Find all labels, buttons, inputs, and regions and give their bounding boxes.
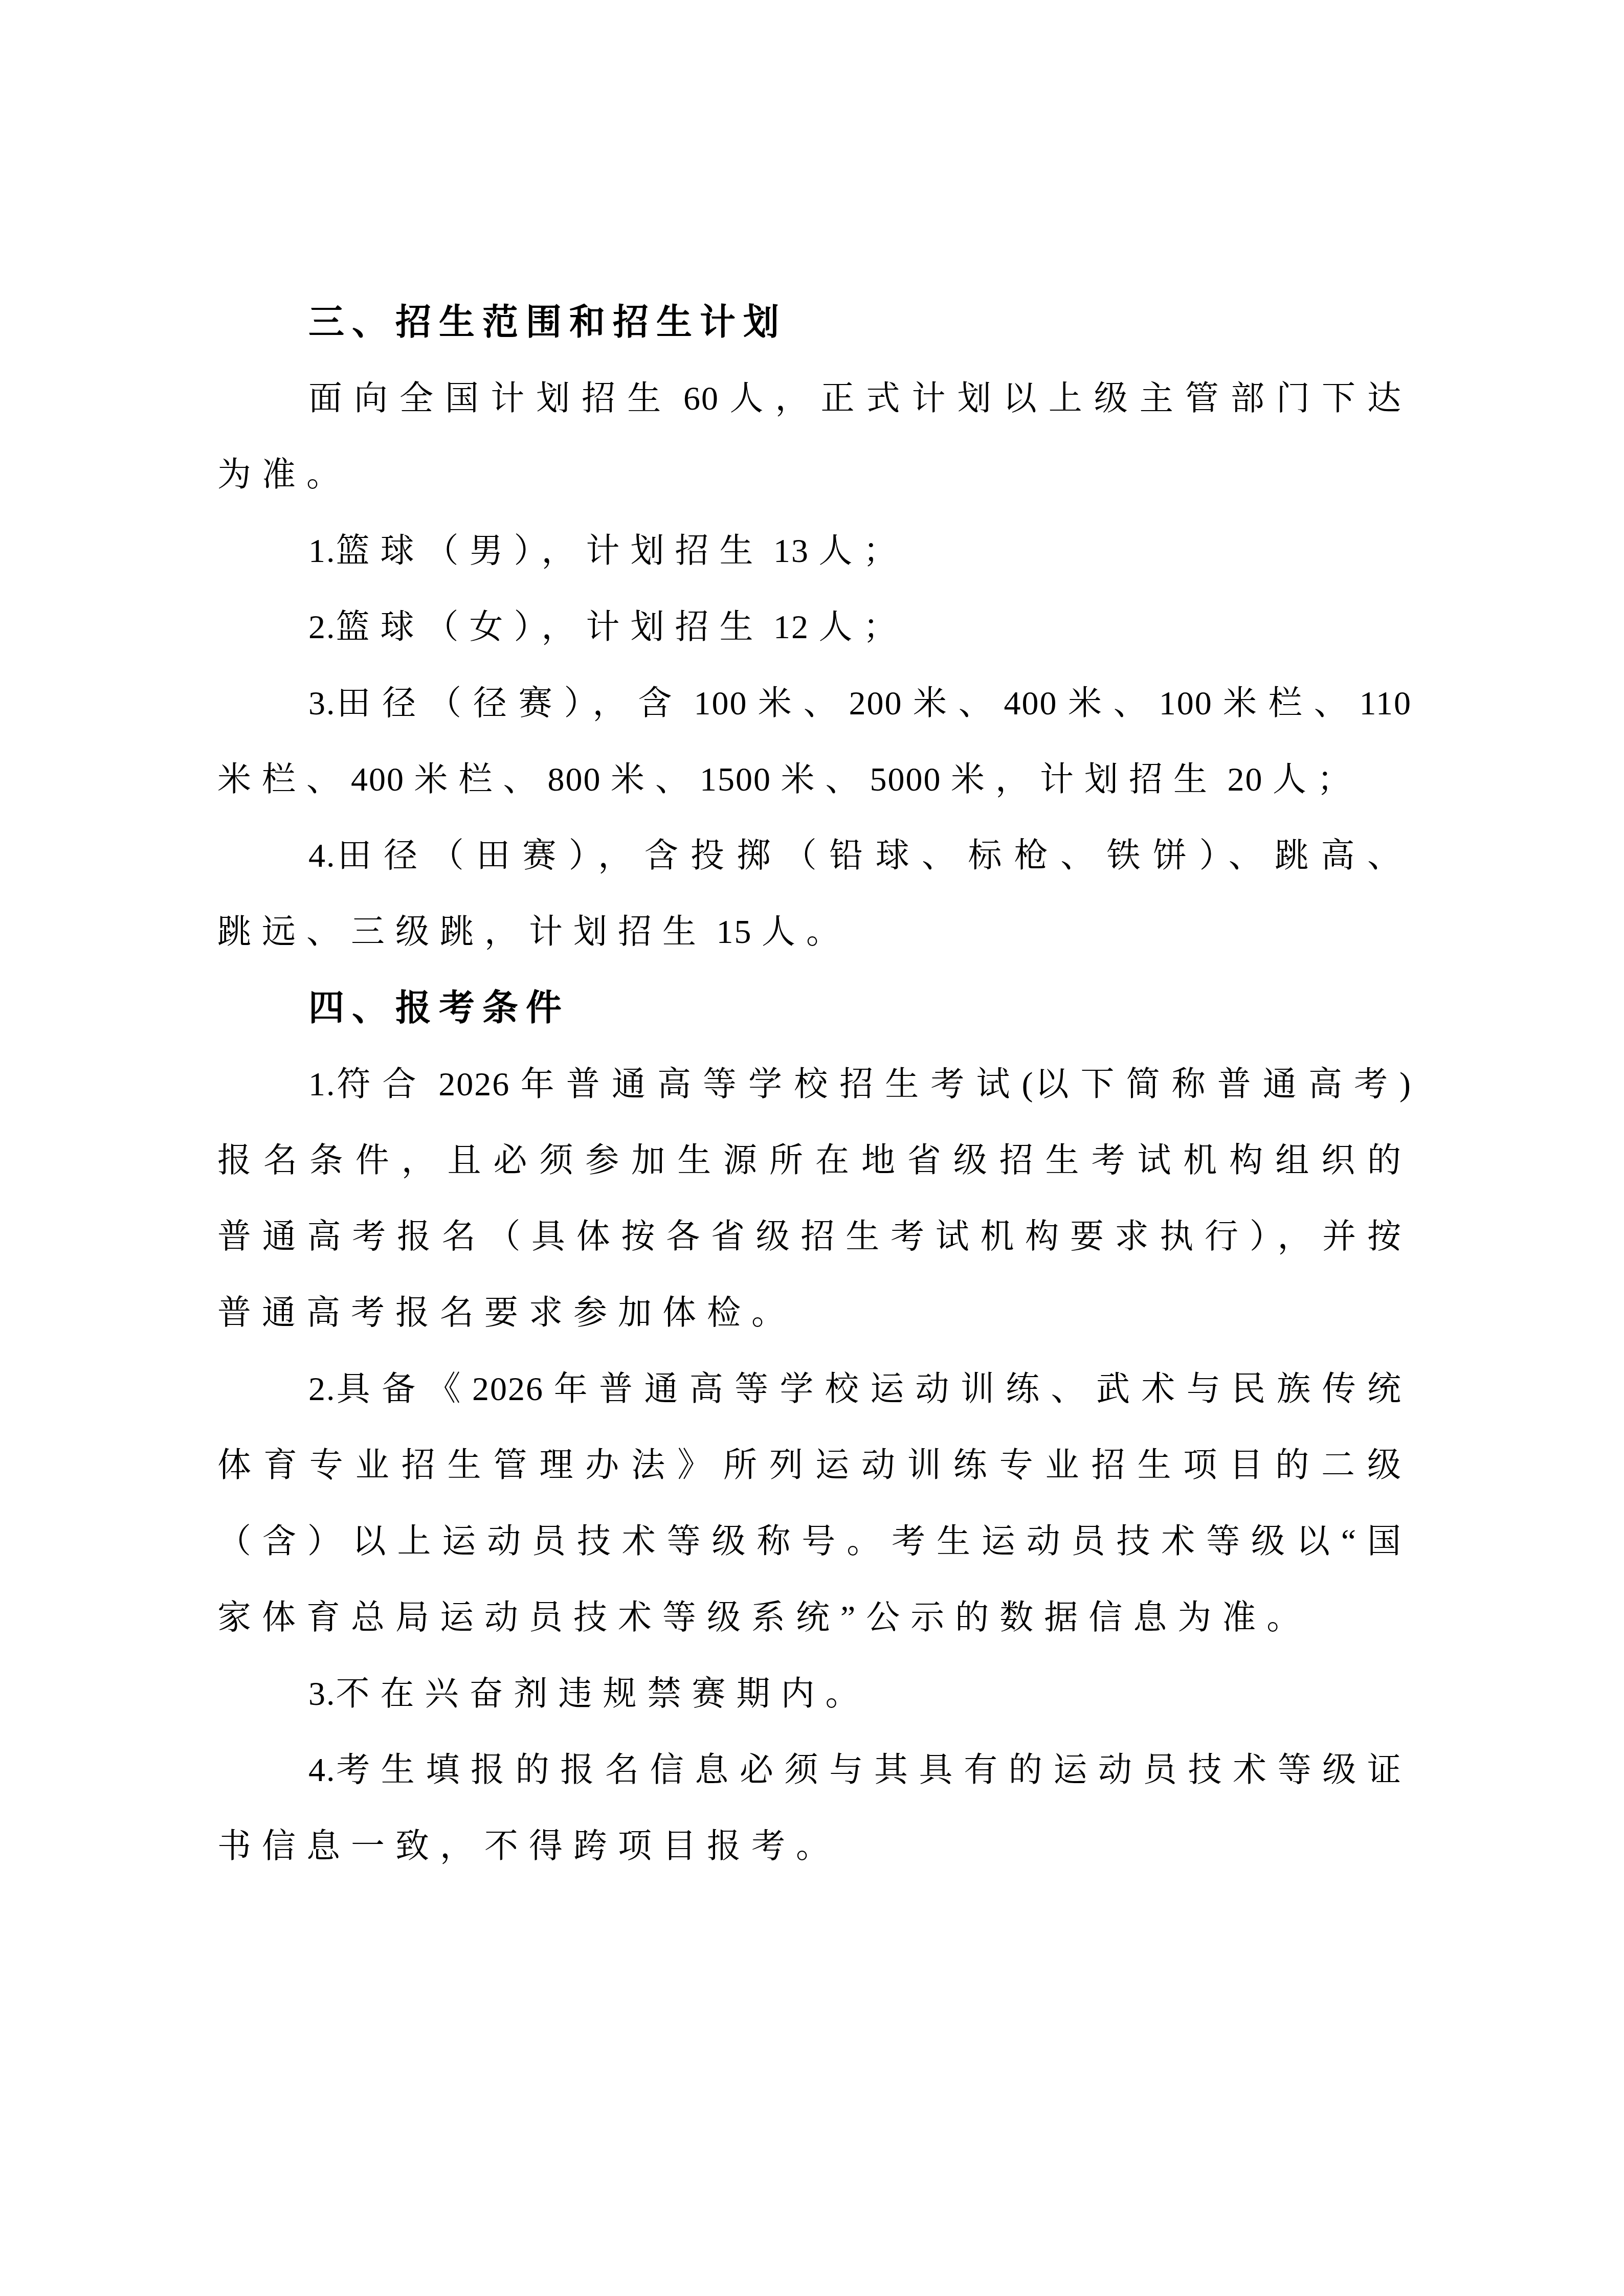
paragraph-enrollment-total: 面向全国计划招生 60 人，正式计划以上级主管部门下达为准。 — [217, 361, 1412, 513]
paragraph-condition-gaokao-registration: 1.符合 2026 年普通高等学校招生考试(以下简称普通高考)报名条件，且必须参… — [217, 1046, 1412, 1351]
paragraph-item-basketball-men: 1.篮球（男），计划招生 13 人； — [217, 513, 1412, 589]
paragraph-item-track-events: 3.田径（径赛），含 100 米、200 米、400 米、100 米栏、110 … — [217, 665, 1412, 818]
paragraph-condition-athlete-grade: 2.具备《2026 年普通高等学校运动训练、武术与民族传统体育专业招生管理办法》… — [217, 1351, 1412, 1656]
paragraph-condition-anti-doping: 3.不在兴奋剂违规禁赛期内。 — [217, 1656, 1412, 1732]
section-heading-application-conditions: 四、报考条件 — [217, 970, 1412, 1046]
paragraph-condition-certificate-consistency: 4.考生填报的报名信息必须与其具有的运动员技术等级证书信息一致，不得跨项目报考。 — [217, 1732, 1412, 1884]
paragraph-item-basketball-women: 2.篮球（女），计划招生 12 人； — [217, 589, 1412, 665]
document-content: 三、招生范围和招生计划 面向全国计划招生 60 人，正式计划以上级主管部门下达为… — [217, 284, 1412, 1884]
section-heading-enrollment-scope: 三、招生范围和招生计划 — [217, 284, 1412, 361]
paragraph-item-field-events: 4.田径（田赛），含投掷（铅球、标枪、铁饼）、跳高、跳远、三级跳，计划招生 15… — [217, 818, 1412, 970]
document-page: 三、招生范围和招生计划 面向全国计划招生 60 人，正式计划以上级主管部门下达为… — [0, 0, 1624, 2296]
